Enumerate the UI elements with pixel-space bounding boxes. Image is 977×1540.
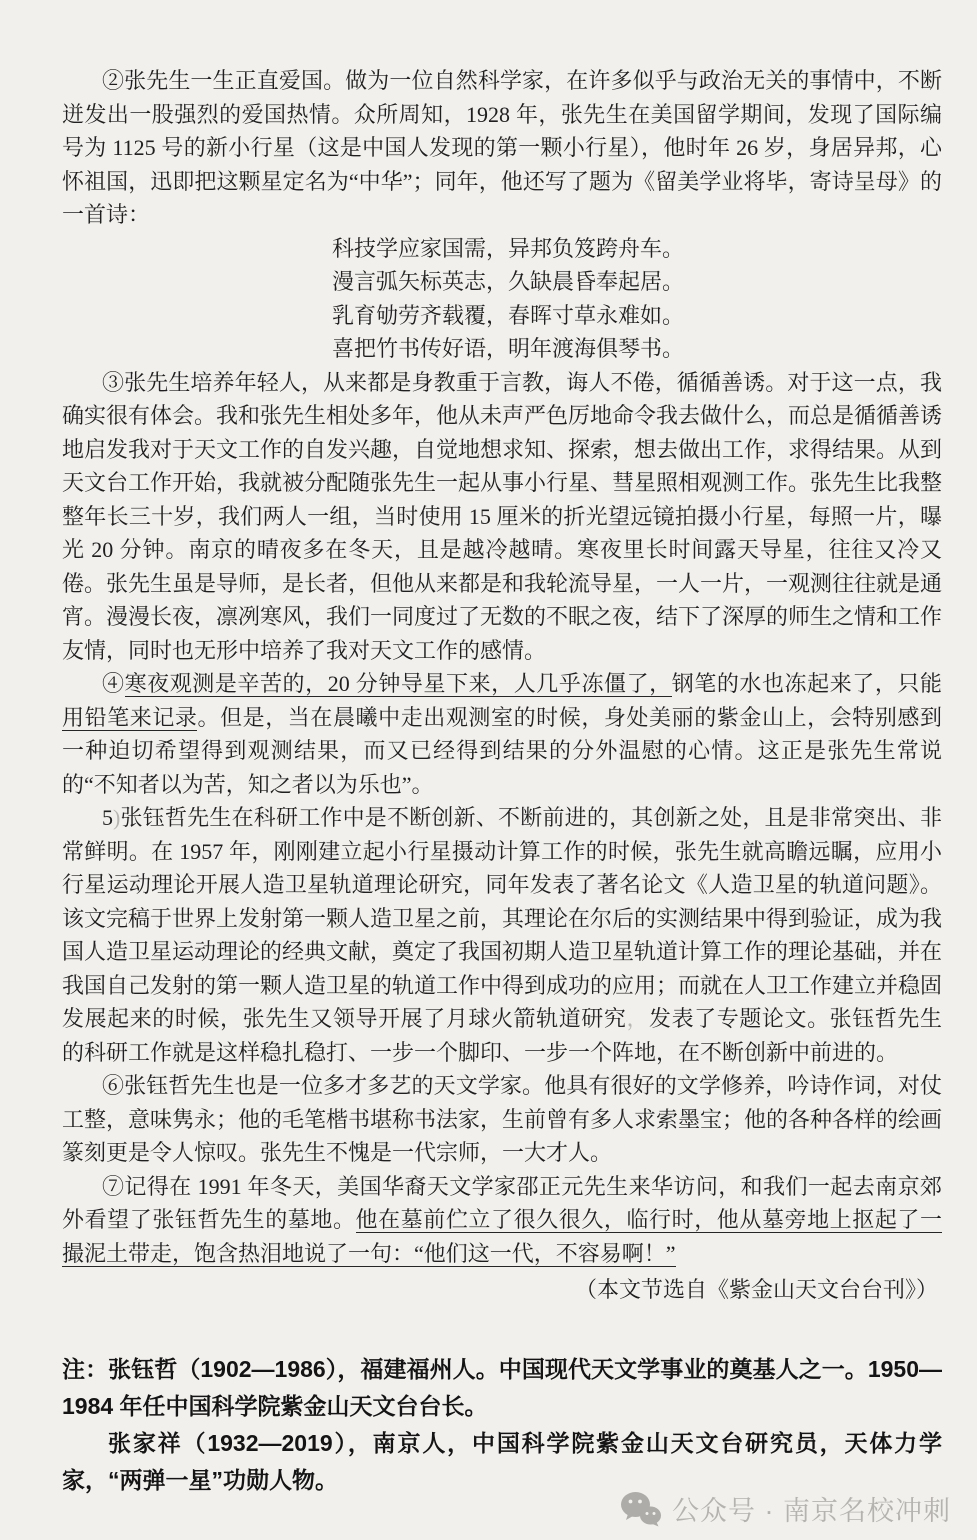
text-segment: ④ bbox=[102, 671, 125, 696]
paragraph: 5)张钰哲先生在科研工作中是不断创新、不断前进的，其创新之处，且是非常突出、非常… bbox=[62, 801, 942, 1069]
underlined-text: 寒夜观测是辛苦的，20 分钟导星下来，人几乎冻僵了， bbox=[125, 671, 672, 697]
text-segment: 5 bbox=[102, 805, 113, 830]
text-segment: ③张先生培养年轻人，从来都是身教重于言教，诲人不倦，循循善诱。对于这一点，我确实… bbox=[62, 370, 942, 663]
article-body: ②张先生一生正直爱国。做为一位自然科学家，在许多似乎与政治无关的事情中，不断迸发… bbox=[62, 64, 942, 1499]
paragraph: ③张先生培养年轻人，从来都是身教重于言教，诲人不倦，循循善诱。对于这一点，我确实… bbox=[62, 366, 942, 668]
text-segment: ， bbox=[626, 1006, 649, 1031]
text-segment: 张钰哲先生在科研工作中是不断创新、不断前进的，其创新之处，且是非常突出、非常鲜明… bbox=[62, 805, 942, 1031]
footer-label: 公众号 · 南京名校冲刺 bbox=[672, 1489, 951, 1528]
footer-watermark: 公众号 · 南京名校冲刺 bbox=[620, 1489, 951, 1528]
poem-line: 乳育劬劳齐载覆，春晖寸草永难如。 bbox=[332, 299, 942, 333]
paragraph: ②张先生一生正直爱国。做为一位自然科学家，在许多似乎与政治无关的事情中，不断迸发… bbox=[62, 64, 942, 232]
poem-line: 喜把竹书传好语，明年渡海俱琴书。 bbox=[332, 332, 942, 366]
source-attribution: （本文节选自《紫金山天文台台刊》） bbox=[62, 1273, 942, 1307]
underlined-text: 用铅笔来记录 bbox=[62, 705, 197, 731]
text-segment: ②张先生一生正直爱国。做为一位自然科学家，在许多似乎与政治无关的事情中，不断迸发… bbox=[62, 68, 942, 227]
note-line: 张家祥（1932—2019），南京人，中国科学院紫金山天文台研究员，天体力学家，… bbox=[62, 1425, 942, 1499]
text-segment: ⑥张钰哲先生也是一位多才多艺的天文学家。他具有很好的文学修养，吟诗作词，对仗工整… bbox=[62, 1073, 942, 1165]
poem-line: 科技学应家国需，异邦负笈跨舟车。 bbox=[332, 232, 942, 266]
poem: 科技学应家国需，异邦负笈跨舟车。漫言弧矢标英志，久缺晨昏奉起居。乳育劬劳齐载覆，… bbox=[332, 232, 942, 366]
note-line: 注：张钰哲（1902—1986），福建福州人。中国现代天文学事业的奠基人之一。1… bbox=[62, 1351, 942, 1425]
poem-line: 漫言弧矢标英志，久缺晨昏奉起居。 bbox=[332, 265, 942, 299]
note-section: 注：张钰哲（1902—1986），福建福州人。中国现代天文学事业的奠基人之一。1… bbox=[62, 1351, 942, 1499]
wechat-icon bbox=[620, 1491, 662, 1527]
scanned-document-page: ②张先生一生正直爱国。做为一位自然科学家，在许多似乎与政治无关的事情中，不断迸发… bbox=[0, 0, 977, 1540]
paragraph: ⑥张钰哲先生也是一位多才多艺的天文学家。他具有很好的文学修养，吟诗作词，对仗工整… bbox=[62, 1069, 942, 1170]
paragraph: ④寒夜观测是辛苦的，20 分钟导星下来，人几乎冻僵了，钢笔的水也冻起来了，只能用… bbox=[62, 667, 942, 801]
text-segment: 钢笔的水也冻起来了，只能 bbox=[672, 671, 942, 696]
paragraph: ⑦记得在 1991 年冬天，美国华裔天文学家邵正元先生来华访问，和我们一起去南京… bbox=[62, 1170, 942, 1271]
